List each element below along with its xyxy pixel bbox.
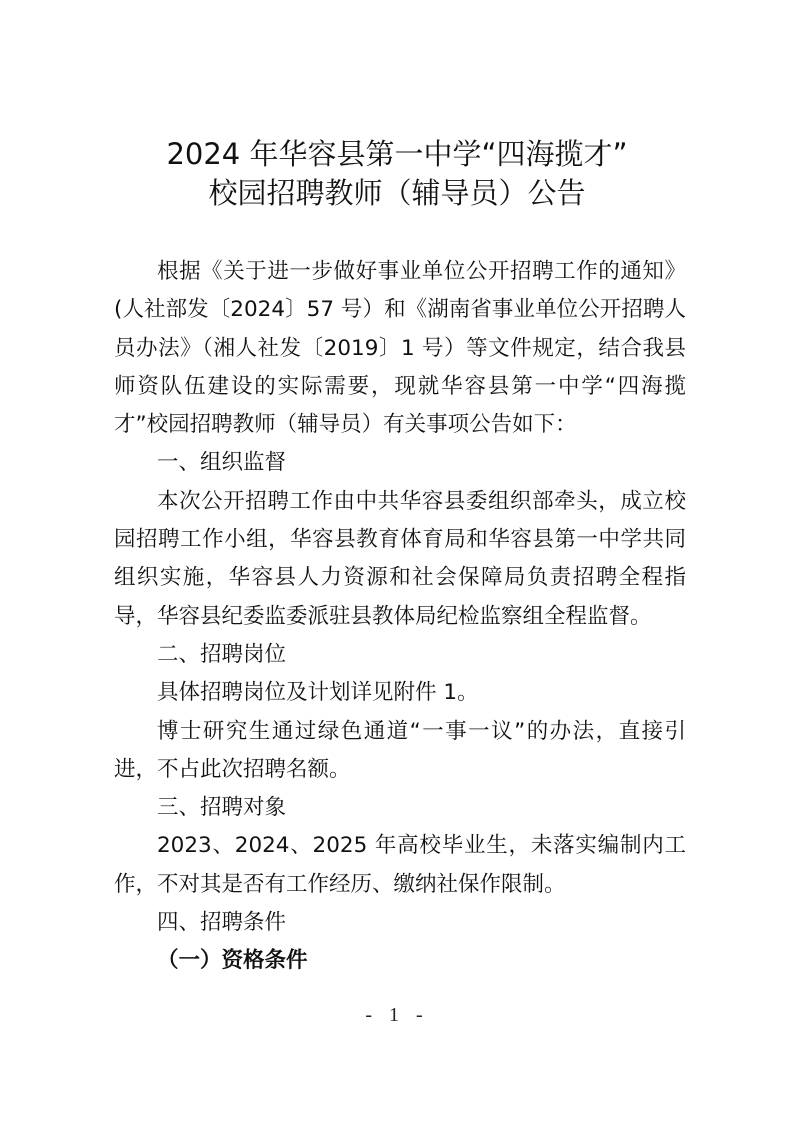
intro-paragraph: 根据《关于进一步做好事业单位公开招聘工作的通知》(人社部发〔2024〕57 号）… (114, 253, 686, 444)
section-paragraph: 本次公开招聘工作由中共华容县委组织部牵头，成立校园招聘工作小组，华容县教育体育局… (114, 483, 686, 636)
section-heading-organization: 一、组织监督 (114, 444, 686, 482)
section-heading-positions: 二、招聘岗位 (114, 636, 686, 674)
section-paragraph: 博士研究生通过绿色通道“一事一议”的办法，直接引进，不占此次招聘名额。 (114, 713, 686, 790)
document-body: 根据《关于进一步做好事业单位公开招聘工作的通知》(人社部发〔2024〕57 号）… (114, 253, 686, 981)
page-number: - 1 - (0, 1004, 794, 1027)
section-heading-conditions: 四、招聘条件 (114, 904, 686, 942)
section-heading-targets: 三、招聘对象 (114, 789, 686, 827)
subsection-heading-qualifications: （一）资格条件 (114, 942, 686, 980)
section-paragraph: 具体招聘岗位及计划详见附件 1。 (114, 674, 686, 712)
section-paragraph: 2023、2024、2025 年高校毕业生，未落实编制内工作，不对其是否有工作经… (114, 827, 686, 904)
document-page: 2024 年华容县第一中学“四海揽才” 校园招聘教师（辅导员）公告 根据《关于进… (0, 0, 794, 1122)
document-title-line1: 2024 年华容县第一中学“四海揽才” (0, 135, 794, 173)
document-title-line2: 校园招聘教师（辅导员）公告 (0, 174, 794, 212)
